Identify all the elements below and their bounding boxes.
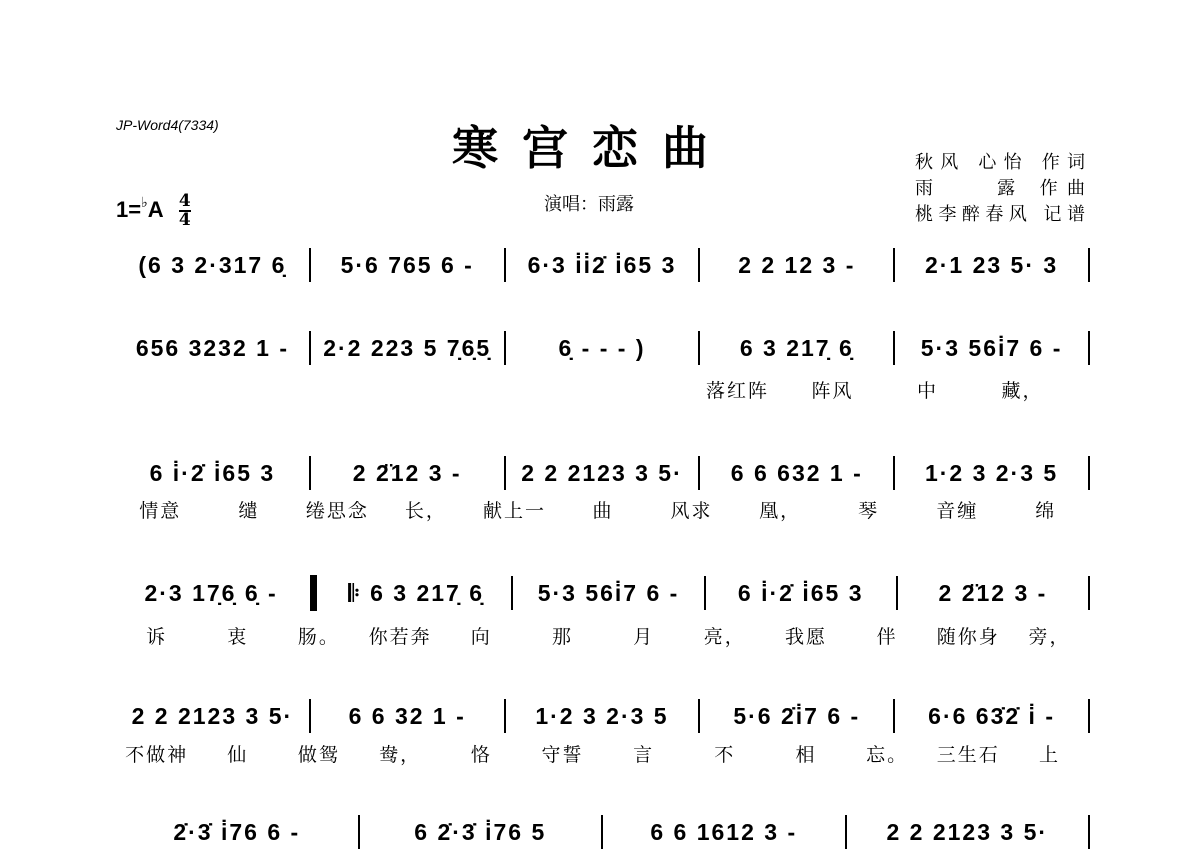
score-line-4: 2·3 17̣6̣ 6̣ - 𝄆 6 3 217̣ 6̣ 5·3 56i̇7 6… (116, 573, 1090, 613)
measure: 1·2 3 2·3 5 (506, 696, 699, 736)
measure: 5·3 56i̇7 6 - (513, 573, 703, 613)
measure: 5·6 765 6 - (311, 245, 504, 285)
measure: 6 6 632 1 - (700, 453, 893, 493)
flat-icon: ♭ (141, 194, 148, 210)
measure: 6·6 63̇2̇ i̇ - (895, 696, 1088, 736)
measure: 2·1 23 5· 3 (895, 245, 1088, 285)
transcriber-credit: 桃李醉春风 记谱 (915, 202, 1085, 228)
measure: 2 2 2123 3 5· (116, 696, 309, 736)
score-line-2: 656 3232 1 - 2·2 223 5 7̣6̣5̣ 6̣ - - - )… (116, 328, 1090, 368)
measure: 6 6 32 1 - (311, 696, 504, 736)
credits-block: 秋风 心怡 作词 雨 露 作曲 桃李醉春风 记谱 (915, 150, 1085, 228)
measure: 2 2 2123 3 5· (506, 453, 699, 493)
lyrics-line-4: 诉 衷 肠。 你若奔 向 那 月 亮， 我愿 伴 随你身 旁， (116, 622, 1090, 649)
measure: 2 2̈12 3 - (311, 453, 504, 493)
lyricist-credit: 秋风 心怡 作词 (915, 150, 1085, 176)
measure: 6̣ - - - ) (506, 328, 699, 368)
barline (1088, 248, 1090, 282)
barline (1088, 576, 1090, 610)
measure: 6 2̇·3̇ i̇76 5 (360, 812, 602, 850)
measure: 2·3 17̣6̣ 6̣ - (116, 573, 306, 613)
barline (1088, 456, 1090, 490)
measure: 2 2̈12 3 - (898, 573, 1088, 613)
measure: 2̇·3̇ i̇76 6 - (116, 812, 358, 850)
composer-credit: 雨 露 作曲 (915, 176, 1085, 202)
measure: 6 i̇·2̇ i̇65 3 (706, 573, 896, 613)
barline (1088, 331, 1090, 365)
measure: 656 3232 1 - (116, 328, 309, 368)
measure: 6 6 1612 3 - (603, 812, 845, 850)
barline (1088, 699, 1090, 733)
measure: 6·3 i̇i̇2̇ i̇65 3 (506, 245, 699, 285)
score-line-1: (6 3 2·317 6̣ 5·6 765 6 - 6·3 i̇i̇2̇ i̇6… (116, 245, 1090, 285)
measure: 2 2 2123 3 5· (847, 812, 1089, 850)
measure: 6 i̇·2̇ i̇65 3 (116, 453, 309, 493)
time-signature: 4 4 (179, 193, 191, 229)
measure: (6 3 2·317 6̣ (116, 245, 309, 285)
lyrics-line-3: 情意 缱 绻思念 长， 献上一 曲 风求 凰， 琴 音缠 绵 (116, 496, 1090, 523)
measure: 1·2 3 2·3 5 (895, 453, 1088, 493)
software-watermark: JP-Word4(7334) (116, 117, 219, 133)
score-line-3: 6 i̇·2̇ i̇65 3 2 2̈12 3 - 2 2 2123 3 5· … (116, 453, 1090, 493)
measure: 2·2 223 5 7̣6̣5̣ (311, 328, 504, 368)
measure: 6 3 217̣ 6̣ (700, 328, 893, 368)
lyrics-line-2: 落红阵 阵风 中 藏， (690, 376, 1070, 403)
measure: 2 2 12 3 - (700, 245, 893, 285)
score-line-6: 2̇·3̇ i̇76 6 - 6 2̇·3̇ i̇76 5 6 6 1612 3… (116, 812, 1090, 850)
repeat-start-barline (310, 575, 317, 611)
barline (1088, 815, 1090, 849)
key-signature: 1=♭A 4 4 (116, 193, 191, 229)
song-title: 寒宫恋曲 (452, 112, 732, 178)
singer-credit: 演唱：雨露 (544, 190, 634, 216)
score-line-5: 2 2 2123 3 5· 6 6 32 1 - 1·2 3 2·3 5 5·6… (116, 696, 1090, 736)
measure: 5·3 56i̇7 6 - (895, 328, 1088, 368)
measure: 5·6 2̇i̇7 6 - (700, 696, 893, 736)
measure: 𝄆 6 3 217̣ 6̣ (321, 573, 511, 613)
lyrics-line-5: 不做神 仙 做鸳 鸯， 恪 守誓 言 不 相 忘。 三生石 上 (116, 740, 1090, 767)
